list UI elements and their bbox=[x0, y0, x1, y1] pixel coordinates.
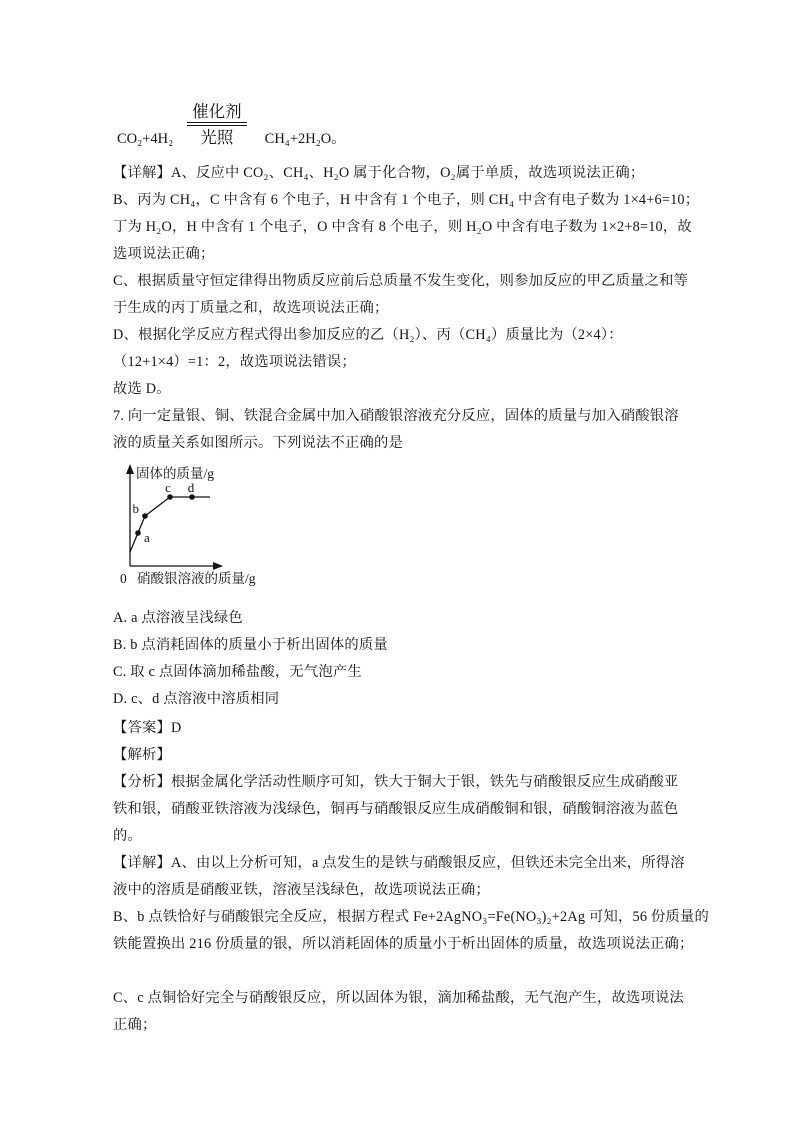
point-b-dot bbox=[142, 513, 148, 519]
text-line: 于生成的丙丁质量之和，故选项说法正确； bbox=[113, 295, 691, 322]
q7-option-c: C. 取 c 点固体滴加稀盐酸，无气泡产生 bbox=[113, 659, 691, 686]
text-line: D、根据化学反应方程式得出参加反应的乙（H₂）、丙（CH₄）质量比为（2×4）： bbox=[113, 322, 691, 349]
detail-line: 【详解】A、由以上分析可知，a 点发生的是铁与硝酸银反应，但铁还未完全出来，所得… bbox=[113, 850, 691, 877]
text-line: 液的质量关系如图所示。下列说法不正确的是 bbox=[113, 430, 691, 457]
q7-option-d: D. c、d 点溶液中溶质相同 bbox=[113, 686, 691, 713]
text-line: 【详解】A、反应中 CO₂、CH₄、H₂O 属于化合物，O₂属于单质，故选项说法… bbox=[113, 160, 691, 187]
mass-curve bbox=[130, 497, 210, 552]
text-line: 选项说法正确； bbox=[113, 241, 691, 268]
chemical-equation: CO₂+4H₂ 催化剂 光照 CH₄+2H₂O。 bbox=[113, 88, 691, 148]
q7-stem: 7. 向一定量银、铜、铁混合金属中加入硝酸银溶液充分反应，固体的质量与加入硝酸银… bbox=[113, 403, 691, 457]
q7-answer-section: 【答案】D 【解析】 【分析】根据金属化学活动性顺序可知，铁大于铜大于银，铁先与… bbox=[113, 715, 691, 1039]
origin-label: 0 bbox=[120, 571, 127, 586]
analysis-header: 【解析】 bbox=[113, 742, 691, 769]
solid-mass-graph: a b c d 固体的质量/g 0 硝酸银溶液的质量/g bbox=[113, 463, 691, 591]
analysis-line: 【分析】根据金属化学活动性顺序可知，铁大于铜大于银，铁先与硝酸银反应生成硝酸亚 bbox=[113, 769, 691, 796]
x-axis-label: 硝酸银溶液的质量/g bbox=[137, 570, 256, 586]
detail-line: 铁能置换出 216 份质量的银，所以消耗固体的质量小于析出固体的质量，故选项说法… bbox=[113, 931, 691, 958]
text-line: （12+1×4）=1：2，故选项说法错误； bbox=[113, 349, 691, 376]
answer-line: 【答案】D bbox=[113, 715, 691, 742]
detail-line: 液中的溶质是硝酸亚铁，溶液呈浅绿色，故选项说法正确； bbox=[113, 877, 691, 904]
point-b-label: b bbox=[133, 501, 140, 516]
equation-lhs: CO₂+4H₂ bbox=[117, 131, 173, 148]
q7-options: A. a 点溶液呈浅绿色 B. b 点消耗固体的质量小于析出固体的质量 C. 取… bbox=[113, 605, 691, 713]
page-content: CO₂+4H₂ 催化剂 光照 CH₄+2H₂O。 【详解】A、反应中 CO₂、C… bbox=[113, 88, 691, 1039]
equation-condition-bottom: 光照 bbox=[200, 127, 233, 148]
detail-line: 正确； bbox=[113, 1012, 691, 1039]
point-d-label: d bbox=[188, 480, 195, 495]
document-page: CO₂+4H₂ 催化剂 光照 CH₄+2H₂O。 【详解】A、反应中 CO₂、C… bbox=[0, 0, 794, 1123]
text-line: 丁为 H₂O，H 中含有 1 个电子，O 中含有 8 个电子，则 H₂O 中含有… bbox=[113, 214, 691, 241]
point-a-dot bbox=[135, 530, 141, 536]
detail-line: B、b 点铁恰好与硝酸银完全反应，根据方程式 Fe+2AgNO₃=Fe(NO₃)… bbox=[113, 904, 691, 931]
text-line: B、丙为 CH₄，C 中含有 6 个电子，H 中含有 1 个电子，则 CH₄ 中… bbox=[113, 187, 691, 214]
equation-condition-top: 催化剂 bbox=[187, 102, 247, 126]
x-axis-arrow-icon bbox=[213, 562, 223, 570]
y-axis-label: 固体的质量/g bbox=[136, 465, 214, 481]
equation-condition: 催化剂 光照 bbox=[187, 102, 247, 148]
detail-line: C、c 点铜恰好完全与硝酸银反应，所以固体为银，滴加稀盐酸，无气泡产生，故选项说… bbox=[113, 985, 691, 1012]
point-a-label: a bbox=[144, 530, 150, 545]
point-c-dot bbox=[167, 494, 173, 500]
analysis-line: 的。 bbox=[113, 823, 691, 850]
q6-detail-paragraph: 【详解】A、反应中 CO₂、CH₄、H₂O 属于化合物，O₂属于单质，故选项说法… bbox=[113, 160, 691, 403]
solid-mass-graph-svg: a b c d 固体的质量/g 0 硝酸银溶液的质量/g bbox=[113, 463, 293, 591]
point-c-label: c bbox=[165, 480, 171, 495]
text-line: C、根据质量守恒定律得出物质反应前后总质量不发生变化，则参加反应的甲乙质量之和等 bbox=[113, 268, 691, 295]
blank-line bbox=[113, 958, 691, 985]
equation-rhs: CH₄+2H₂O。 bbox=[265, 131, 346, 148]
y-axis-arrow-icon bbox=[126, 464, 134, 474]
analysis-line: 铁和银，硝酸亚铁溶液为浅绿色，铜再与硝酸银反应生成硝酸铜和银，硝酸铜溶液为蓝色 bbox=[113, 796, 691, 823]
text-line: 故选 D。 bbox=[113, 376, 691, 403]
text-line: 7. 向一定量银、铜、铁混合金属中加入硝酸银溶液充分反应，固体的质量与加入硝酸银… bbox=[113, 403, 691, 430]
point-d-dot bbox=[189, 494, 195, 500]
q7-option-b: B. b 点消耗固体的质量小于析出固体的质量 bbox=[113, 632, 691, 659]
q7-option-a: A. a 点溶液呈浅绿色 bbox=[113, 605, 691, 632]
